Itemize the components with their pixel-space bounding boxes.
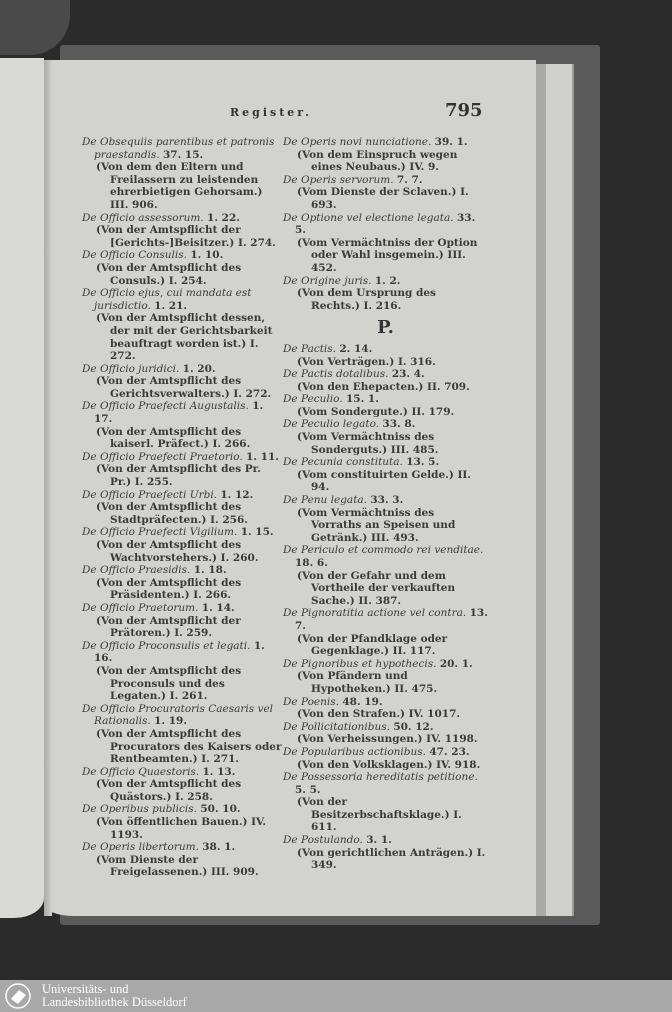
entry-translation: (Von gerichtlichen Anträgen.) I. 349.	[283, 847, 488, 872]
index-entry: De Pactis. 2. 14.(Von Verträgen.) I. 316…	[283, 343, 488, 368]
entry-translation: (Von der Amtspflicht des Präsidenten.) I…	[82, 577, 282, 602]
entry-reference: 1. 13.	[203, 766, 236, 778]
entry-title: De Officio Procuratoris Caesaris vel Rat…	[82, 703, 282, 728]
entry-latin-title: De Officio Praefecti Vigilium.	[82, 526, 237, 538]
index-entry: De Postulando. 3. 1.(Von gerichtlichen A…	[283, 834, 488, 872]
index-entry: De Pecunia constituta. 13. 5.(Vom consti…	[283, 456, 488, 494]
index-entry: De Peculio legato. 33. 8.(Vom Vermächtni…	[283, 418, 488, 456]
running-head: Register.	[230, 106, 312, 119]
index-entry: De Popularibus actionibus. 47. 23.(Von d…	[283, 746, 488, 771]
entry-title: De Officio assessorum. 1. 22.	[82, 212, 282, 225]
index-entry: De Pollicitationibus. 50. 12.(Von Verhei…	[283, 721, 488, 746]
entry-latin-title: De Officio Praefecti Praetorio.	[82, 451, 243, 463]
entry-latin-title: De Officio Praesidis.	[82, 564, 190, 576]
entry-title: De Pactis dotalibus. 23. 4.	[283, 368, 488, 381]
index-entry: De Obsequiis parentibus et patronis prae…	[82, 136, 282, 212]
entry-title: De Poenis. 48. 19.	[283, 696, 488, 709]
entry-title: De Pecunia constituta. 13. 5.	[283, 456, 488, 469]
entry-translation: (Vom Vermächtniss der Option oder Wahl i…	[283, 237, 488, 275]
entry-latin-title: De Officio Quaestoris.	[82, 766, 199, 778]
index-entry: De Officio Praefecti Vigilium. 1. 15.(Vo…	[82, 526, 282, 564]
entry-translation: (Vom Dienste der Freigelassenen.) III. 9…	[82, 854, 282, 879]
entry-latin-title: De Officio Praetorum.	[82, 602, 198, 614]
entry-reference: 1. 22.	[207, 212, 240, 224]
entry-translation: (Von der Amtspflicht des Procurators des…	[82, 728, 282, 766]
entry-title: De Officio ejus, cui mandata est jurisdi…	[82, 287, 282, 312]
entry-latin-title: De Operibus publicis.	[82, 803, 197, 815]
footer-line-2: Landesbibliothek Düsseldorf	[42, 996, 187, 1009]
entry-title: De Peculio. 15. 1.	[283, 393, 488, 406]
entry-translation: (Von Pfändern und Hypotheken.) II. 475.	[283, 670, 488, 695]
entry-latin-title: De Officio Praefecti Augustalis.	[82, 400, 249, 412]
index-entry: De Operibus publicis. 50. 10.(Von öffent…	[82, 803, 282, 841]
index-entry: De Poenis. 48. 19.(Von den Strafen.) IV.…	[283, 696, 488, 721]
index-entry: De Officio Praetorum. 1. 14.(Von der Amt…	[82, 602, 282, 640]
section-letter: P.	[283, 322, 488, 335]
entry-latin-title: De Origine juris.	[283, 275, 371, 287]
entry-reference: 1. 19.	[154, 715, 187, 727]
entry-latin-title: De Pecunia constituta.	[283, 456, 403, 468]
index-entry: De Officio Consulis. 1. 10.(Von der Amts…	[82, 249, 282, 287]
entry-reference: 47. 23.	[429, 746, 469, 758]
index-entry: De Officio assessorum. 1. 22.(Von der Am…	[82, 212, 282, 250]
entry-title: De Operis novi nunciatione. 39. 1.	[283, 136, 488, 149]
entry-title: De Penu legata. 33. 3.	[283, 494, 488, 507]
entry-latin-title: De Pignoratitia actione vel contra.	[283, 607, 466, 619]
entry-latin-title: De Pignoribus et hypothecis.	[283, 658, 436, 670]
entry-title: De Possessoria hereditatis petitione. 5.…	[283, 771, 488, 796]
entry-translation: (Von der Amtspflicht des Stadtpräfecten.…	[82, 501, 282, 526]
entry-latin-title: De Pactis dotalibus.	[283, 368, 388, 380]
entry-reference: 13. 5.	[406, 456, 439, 468]
entry-translation: (Von den Strafen.) IV. 1017.	[283, 708, 488, 721]
index-entry: De Operis servorum. 7. 7.(Vom Dienste de…	[283, 174, 488, 212]
entry-latin-title: De Possessoria hereditatis petitione.	[283, 771, 478, 783]
entry-translation: (Vom Sondergute.) II. 179.	[283, 406, 488, 419]
entry-reference: 50. 12.	[393, 721, 433, 733]
entry-latin-title: De Popularibus actionibus.	[283, 746, 426, 758]
entry-title: De Officio Praesidis. 1. 18.	[82, 564, 282, 577]
entry-translation: (Von der Amtspflicht des kaiserl. Präfec…	[82, 426, 282, 451]
entry-translation: (Von der Pfandklage oder Gegenklage.) II…	[283, 633, 488, 658]
entry-reference: 15. 1.	[346, 393, 379, 405]
entry-translation: (Von der Amtspflicht dessen, der mit der…	[82, 312, 282, 362]
entry-latin-title: De Officio Proconsulis et legati.	[82, 640, 250, 652]
entry-translation: (Von dem Einspruch wegen eines Neubaus.)…	[283, 149, 488, 174]
index-entry: De Pignoribus et hypothecis. 20. 1.(Von …	[283, 658, 488, 696]
entry-latin-title: De Pollicitationibus.	[283, 721, 390, 733]
entry-reference: 1. 2.	[375, 275, 401, 287]
page-stack-edge	[546, 64, 574, 916]
entry-title: De Pollicitationibus. 50. 12.	[283, 721, 488, 734]
entry-translation: (Vom constituirten Gelde.) II. 94.	[283, 469, 488, 494]
entry-reference: 39. 1.	[435, 136, 468, 148]
entry-reference: 1. 18.	[194, 564, 227, 576]
entry-translation: (Von der Amtspflicht des Wachtvorstehers…	[82, 539, 282, 564]
entry-reference: 23. 4.	[392, 368, 425, 380]
entry-latin-title: De Periculo et commodo rei venditae.	[283, 544, 483, 556]
entry-latin-title: De Operis libertorum.	[82, 841, 199, 853]
entry-title: De Officio Praefecti Urbi. 1. 12.	[82, 489, 282, 502]
entry-reference: 1. 10.	[190, 249, 223, 261]
index-entry: De Officio Praefecti Urbi. 1. 12.(Von de…	[82, 489, 282, 527]
entry-translation: (Vom Dienste der Sclaven.) I. 693.	[283, 186, 488, 211]
entry-translation: (Von der Amtspflicht der [Gerichts-]Beis…	[82, 224, 282, 249]
entry-title: De Operis servorum. 7. 7.	[283, 174, 488, 187]
entry-reference: 1. 11.	[246, 451, 279, 463]
entry-translation: (Vom Vermächtniss des Vorraths an Speise…	[283, 507, 488, 545]
entry-reference: 37. 15.	[163, 149, 203, 161]
index-entry: De Officio Quaestoris. 1. 13.(Von der Am…	[82, 766, 282, 804]
entry-latin-title: De Optione vel electione legata.	[283, 212, 454, 224]
entry-title: De Peculio legato. 33. 8.	[283, 418, 488, 431]
index-entry: De Officio Praesidis. 1. 18.(Von der Amt…	[82, 564, 282, 602]
entry-reference: 2. 14.	[339, 343, 372, 355]
entry-reference: 48. 19.	[342, 696, 382, 708]
entry-translation: (Von dem Ursprung des Rechts.) I. 216.	[283, 287, 488, 312]
entry-title: De Pignoribus et hypothecis. 20. 1.	[283, 658, 488, 671]
entry-reference: 3. 1.	[366, 834, 392, 846]
page-number: 795	[445, 100, 483, 121]
entry-title: De Officio Praefecti Augustalis. 1. 17.	[82, 400, 282, 425]
entry-latin-title: De Operis servorum.	[283, 174, 394, 186]
entry-latin-title: De Poenis.	[283, 696, 339, 708]
entry-reference: 18. 6.	[295, 557, 328, 569]
entry-latin-title: De Officio Consulis.	[82, 249, 187, 261]
index-entry: De Penu legata. 33. 3.(Vom Vermächtniss …	[283, 494, 488, 544]
entry-title: De Origine juris. 1. 2.	[283, 275, 488, 288]
index-entry: De Periculo et commodo rei venditae. 18.…	[283, 544, 488, 607]
entry-latin-title: De Pactis.	[283, 343, 336, 355]
right-column: De Operis novi nunciatione. 39. 1.(Von d…	[283, 136, 488, 872]
entry-title: De Officio Quaestoris. 1. 13.	[82, 766, 282, 779]
entry-latin-title: De Officio juridici.	[82, 363, 179, 375]
entry-reference: 7. 7.	[397, 174, 423, 186]
index-entry: De Possessoria hereditatis petitione. 5.…	[283, 771, 488, 834]
entry-reference: 1. 12.	[220, 489, 253, 501]
entry-reference: 5. 5.	[295, 784, 321, 796]
index-entry: De Operis novi nunciatione. 39. 1.(Von d…	[283, 136, 488, 174]
index-entry: De Operis libertorum. 38. 1.(Vom Dienste…	[82, 841, 282, 879]
entry-translation: (Von Verheissungen.) IV. 1198.	[283, 733, 488, 746]
left-column: De Obsequiis parentibus et patronis prae…	[82, 136, 282, 879]
entry-title: De Officio Consulis. 1. 10.	[82, 249, 282, 262]
entry-latin-title: De Penu legata.	[283, 494, 367, 506]
entry-latin-title: De Officio Praefecti Urbi.	[82, 489, 217, 501]
entry-latin-title: De Operis novi nunciatione.	[283, 136, 431, 148]
entry-translation: (Von der Amtspflicht des Gerichtsverwalt…	[82, 375, 282, 400]
entry-title: De Officio Praefecti Praetorio. 1. 11.	[82, 451, 282, 464]
entry-reference: 1. 21.	[154, 300, 187, 312]
index-entry: De Pignoratitia actione vel contra. 13. …	[283, 607, 488, 657]
entry-latin-title: De Peculio legato.	[283, 418, 379, 430]
entry-translation: (Von den Ehepacten.) II. 709.	[283, 381, 488, 394]
entry-translation: (Von Verträgen.) I. 316.	[283, 356, 488, 369]
entry-title: De Officio Praetorum. 1. 14.	[82, 602, 282, 615]
entry-reference: 20. 1.	[440, 658, 473, 670]
index-entry: De Officio Praefecti Praetorio. 1. 11.(V…	[82, 451, 282, 489]
entry-reference: 38. 1.	[202, 841, 235, 853]
index-entry: De Officio Praefecti Augustalis. 1. 17.(…	[82, 400, 282, 450]
entry-translation: (Vom Vermächtniss des Sonderguts.) III. …	[283, 431, 488, 456]
entry-reference: 50. 10.	[200, 803, 240, 815]
entry-latin-title: De Peculio.	[283, 393, 343, 405]
entry-title: De Obsequiis parentibus et patronis prae…	[82, 136, 282, 161]
entry-title: De Officio Praefecti Vigilium. 1. 15.	[82, 526, 282, 539]
entry-reference: 1. 20.	[183, 363, 216, 375]
entry-title: De Optione vel electione legata. 33. 5.	[283, 212, 488, 237]
index-entry: De Officio Procuratoris Caesaris vel Rat…	[82, 703, 282, 766]
index-entry: De Peculio. 15. 1.(Vom Sondergute.) II. …	[283, 393, 488, 418]
entry-title: De Popularibus actionibus. 47. 23.	[283, 746, 488, 759]
library-footer: Universitäts- und Landesbibliothek Düsse…	[0, 980, 672, 1012]
entry-translation: (Von der Amtspflicht des Proconsuls und …	[82, 665, 282, 703]
entry-title: De Operibus publicis. 50. 10.	[82, 803, 282, 816]
entry-latin-title: De Postulando.	[283, 834, 363, 846]
entry-title: De Pactis. 2. 14.	[283, 343, 488, 356]
entry-translation: (Von den Volksklagen.) IV. 918.	[283, 759, 488, 772]
index-entry: De Pactis dotalibus. 23. 4.(Von den Ehep…	[283, 368, 488, 393]
entry-reference: 33. 8.	[382, 418, 415, 430]
entry-translation: (Von der Gefahr und dem Vortheile der ve…	[283, 570, 488, 608]
entry-reference: 1. 15.	[241, 526, 274, 538]
entry-title: De Officio Proconsulis et legati. 1. 16.	[82, 640, 282, 665]
entry-title: De Periculo et commodo rei venditae. 18.…	[283, 544, 488, 569]
entry-translation: (Von der Amtspflicht des Consuls.) I. 25…	[82, 262, 282, 287]
entry-title: De Operis libertorum. 38. 1.	[82, 841, 282, 854]
entry-title: De Officio juridici. 1. 20.	[82, 363, 282, 376]
page-gutter	[44, 60, 52, 916]
index-entry: De Optione vel electione legata. 33. 5.(…	[283, 212, 488, 275]
index-entry: De Origine juris. 1. 2.(Von dem Ursprung…	[283, 275, 488, 313]
facing-page-edge	[0, 58, 44, 918]
entry-reference: 33. 3.	[370, 494, 403, 506]
entry-latin-title: De Officio assessorum.	[82, 212, 204, 224]
entry-title: De Pignoratitia actione vel contra. 13. …	[283, 607, 488, 632]
entry-translation: (Von öffentlichen Bauen.) IV. 1193.	[82, 816, 282, 841]
book-logo-icon	[4, 983, 32, 1009]
entry-translation: (Von der Amtspflicht des Quästors.) I. 2…	[82, 778, 282, 803]
index-entry: De Officio ejus, cui mandata est jurisdi…	[82, 287, 282, 363]
entry-translation: (Von der Besitzerbschaftsklage.) I. 611.	[283, 796, 488, 834]
entry-reference: 1. 14.	[202, 602, 235, 614]
entry-translation: (Von der Amtspflicht der Prätoren.) I. 2…	[82, 615, 282, 640]
index-entry: De Officio juridici. 1. 20.(Von der Amts…	[82, 363, 282, 401]
index-entry: De Officio Proconsulis et legati. 1. 16.…	[82, 640, 282, 703]
entry-translation: (Von dem den Eltern und Freilassern zu l…	[82, 161, 282, 211]
page-edge-shadow	[536, 64, 546, 916]
entry-translation: (Von der Amtspflicht des Pr. Pr.) I. 255…	[82, 463, 282, 488]
entry-title: De Postulando. 3. 1.	[283, 834, 488, 847]
